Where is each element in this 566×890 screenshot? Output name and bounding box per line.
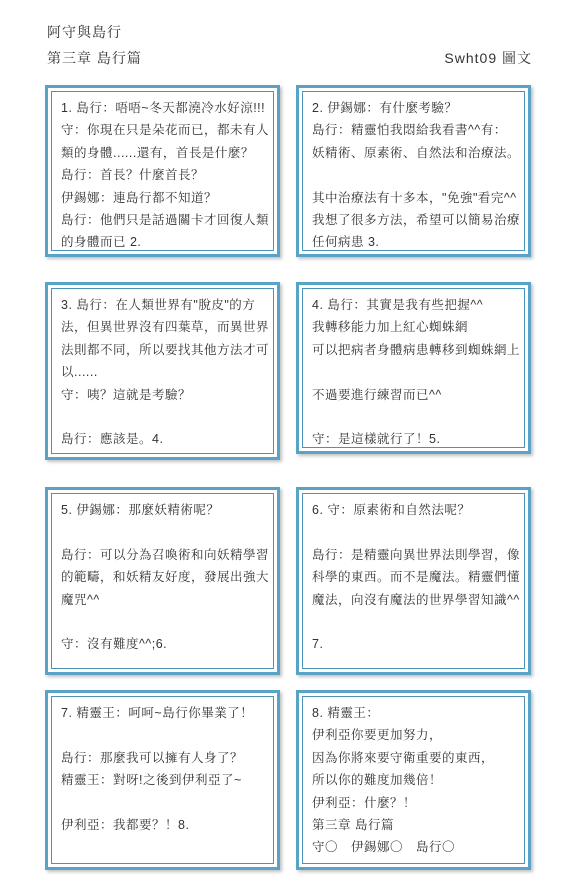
text-line: 島行：是精靈向異世界法則學習，像 bbox=[312, 544, 515, 566]
panel-8-text: 8. 精靈王：伊利亞你要更加努力，因為你將來要守衛重要的東西，所以你的難度加幾倍… bbox=[302, 696, 525, 864]
text-line bbox=[61, 792, 264, 814]
panel-5: 5. 伊錫娜：那麼妖精術呢？島行：可以分為召喚術和向妖精學習的範疇，和妖精友好度… bbox=[45, 487, 280, 675]
text-line: 守：沒有難度^^;6. bbox=[61, 633, 264, 655]
chapter-title: 第三章 島行篇 bbox=[47, 48, 142, 68]
comic-script-page: 阿守與島行 第三章 島行篇 Swht09 圖文 1. 島行：唔唔~冬天都澆冷水好… bbox=[0, 0, 566, 890]
text-line: 4. 島行：其實是我有些把握^^ bbox=[312, 294, 515, 316]
panel-8: 8. 精靈王：伊利亞你要更加努力，因為你將來要守衛重要的東西，所以你的難度加幾倍… bbox=[296, 690, 531, 870]
text-line: 所以你的難度加幾倍！ bbox=[312, 769, 515, 791]
panel-6: 6. 守：原素術和自然法呢？島行：是精靈向異世界法則學習，像科學的東西。而不是魔… bbox=[296, 487, 531, 675]
text-line: 任何病患 3. bbox=[312, 231, 515, 251]
text-line: 守：你現在只是朵花而已，都未有人 bbox=[61, 119, 264, 141]
text-line bbox=[312, 164, 515, 186]
panel-1-text: 1. 島行：唔唔~冬天都澆冷水好涼!!!守：你現在只是朵花而已，都未有人類的身體… bbox=[51, 91, 274, 251]
panel-4: 4. 島行：其實是我有些把握^^我轉移能力加上紅心蜘蛛網可以把病者身體病患轉移到… bbox=[296, 282, 531, 454]
panel-2: 2. 伊錫娜：有什麼考驗？島行：精靈怕我悶給我看書^^有：妖精術、原素術、自然法… bbox=[296, 85, 531, 257]
text-line bbox=[61, 724, 264, 746]
text-line: 的身體而已 2. bbox=[61, 231, 264, 251]
panel-4-text: 4. 島行：其實是我有些把握^^我轉移能力加上紅心蜘蛛網可以把病者身體病患轉移到… bbox=[302, 288, 525, 448]
text-line: 不過要進行練習而已^^ bbox=[312, 384, 515, 406]
credit-text: Swht09 圖文 bbox=[444, 48, 532, 68]
panel-5-text: 5. 伊錫娜：那麼妖精術呢？島行：可以分為召喚術和向妖精學習的範疇，和妖精友好度… bbox=[51, 493, 274, 669]
text-line bbox=[312, 406, 515, 428]
panel-2-text: 2. 伊錫娜：有什麼考驗？島行：精靈怕我悶給我看書^^有：妖精術、原素術、自然法… bbox=[302, 91, 525, 251]
text-line: 魔咒^^ bbox=[61, 589, 264, 611]
text-line: 伊利亞你要更加努力， bbox=[312, 724, 515, 746]
text-line bbox=[312, 361, 515, 383]
panel-7-text: 7. 精靈王：呵呵~島行你畢業了！島行：那麼我可以擁有人身了？精靈王：對呀!之後… bbox=[51, 696, 274, 864]
panel-3-text: 3. 島行：在人類世界有"脫皮"的方法，但異世界沒有四葉草，而異世界法則都不同，… bbox=[51, 288, 274, 454]
text-line: 島行：可以分為召喚術和向妖精學習 bbox=[61, 544, 264, 566]
panel-3: 3. 島行：在人類世界有"脫皮"的方法，但異世界沒有四葉草，而異世界法則都不同，… bbox=[45, 282, 280, 460]
text-line: 其中治療法有十多本，"免強"看完^^ bbox=[312, 187, 515, 209]
text-line bbox=[312, 611, 515, 633]
text-line: 因為你將來要守衛重要的東西， bbox=[312, 747, 515, 769]
text-line: 伊錫娜：連島行都不知道？ bbox=[61, 187, 264, 209]
text-line: 3. 島行：在人類世界有"脫皮"的方 bbox=[61, 294, 264, 316]
panel-7: 7. 精靈王：呵呵~島行你畢業了！島行：那麼我可以擁有人身了？精靈王：對呀!之後… bbox=[45, 690, 280, 870]
text-line bbox=[312, 521, 515, 543]
text-line: 的範疇，和妖精友好度，發展出強大 bbox=[61, 566, 264, 588]
text-line: 我想了很多方法，希望可以簡易治療 bbox=[312, 209, 515, 231]
text-line: 島行：精靈怕我悶給我看書^^有： bbox=[312, 119, 515, 141]
text-line: 1. 島行：唔唔~冬天都澆冷水好涼!!! bbox=[61, 97, 264, 119]
text-line: 7. 精靈王：呵呵~島行你畢業了！ bbox=[61, 702, 264, 724]
text-line: 以...... bbox=[61, 361, 264, 383]
text-line: 5. 伊錫娜：那麼妖精術呢？ bbox=[61, 499, 264, 521]
page-title: 阿守與島行 bbox=[47, 22, 122, 42]
text-line: 科學的東西。而不是魔法。精靈們懂 bbox=[312, 566, 515, 588]
text-line: 妖精術、原素術、自然法和治療法。 bbox=[312, 142, 515, 164]
text-line: 守：咦？這就是考驗？ bbox=[61, 384, 264, 406]
text-line: 島行：那麼我可以擁有人身了？ bbox=[61, 747, 264, 769]
text-line: 6. 守：原素術和自然法呢？ bbox=[312, 499, 515, 521]
text-line: 守：是這樣就行了！5. bbox=[312, 428, 515, 448]
text-line: 島行：首長？什麼首長？ bbox=[61, 164, 264, 186]
text-line: 7. bbox=[312, 633, 515, 655]
text-line: 法則都不同，所以要找其他方法才可 bbox=[61, 339, 264, 361]
text-line: 精靈王：對呀!之後到伊利亞了~ bbox=[61, 769, 264, 791]
text-line: 魔法，向沒有魔法的世界學習知識^^ bbox=[312, 589, 515, 611]
text-line bbox=[61, 406, 264, 428]
text-line bbox=[61, 611, 264, 633]
text-line: 第三章 島行篇 bbox=[312, 814, 515, 836]
text-line: 我轉移能力加上紅心蜘蛛網 bbox=[312, 316, 515, 338]
panel-1: 1. 島行：唔唔~冬天都澆冷水好涼!!!守：你現在只是朵花而已，都未有人類的身體… bbox=[45, 85, 280, 257]
text-line: 伊利亞：我都要？！8. bbox=[61, 814, 264, 836]
text-line: 島行：他們只是話過關卡才回復人類 bbox=[61, 209, 264, 231]
panel-6-text: 6. 守：原素術和自然法呢？島行：是精靈向異世界法則學習，像科學的東西。而不是魔… bbox=[302, 493, 525, 669]
text-line: 法，但異世界沒有四葉草，而異世界 bbox=[61, 316, 264, 338]
text-line: 可以把病者身體病患轉移到蜘蛛網上 bbox=[312, 339, 515, 361]
text-line bbox=[61, 521, 264, 543]
text-line: 2. 伊錫娜：有什麼考驗？ bbox=[312, 97, 515, 119]
text-line: 島行：應該是。4. bbox=[61, 428, 264, 450]
text-line: 伊利亞：什麼？！ bbox=[312, 792, 515, 814]
text-line: 類的身體......還有，首長是什麼？ bbox=[61, 142, 264, 164]
text-line: 8. 精靈王： bbox=[312, 702, 515, 724]
text-line: 守〇 伊錫娜〇 島行〇 bbox=[312, 836, 515, 858]
